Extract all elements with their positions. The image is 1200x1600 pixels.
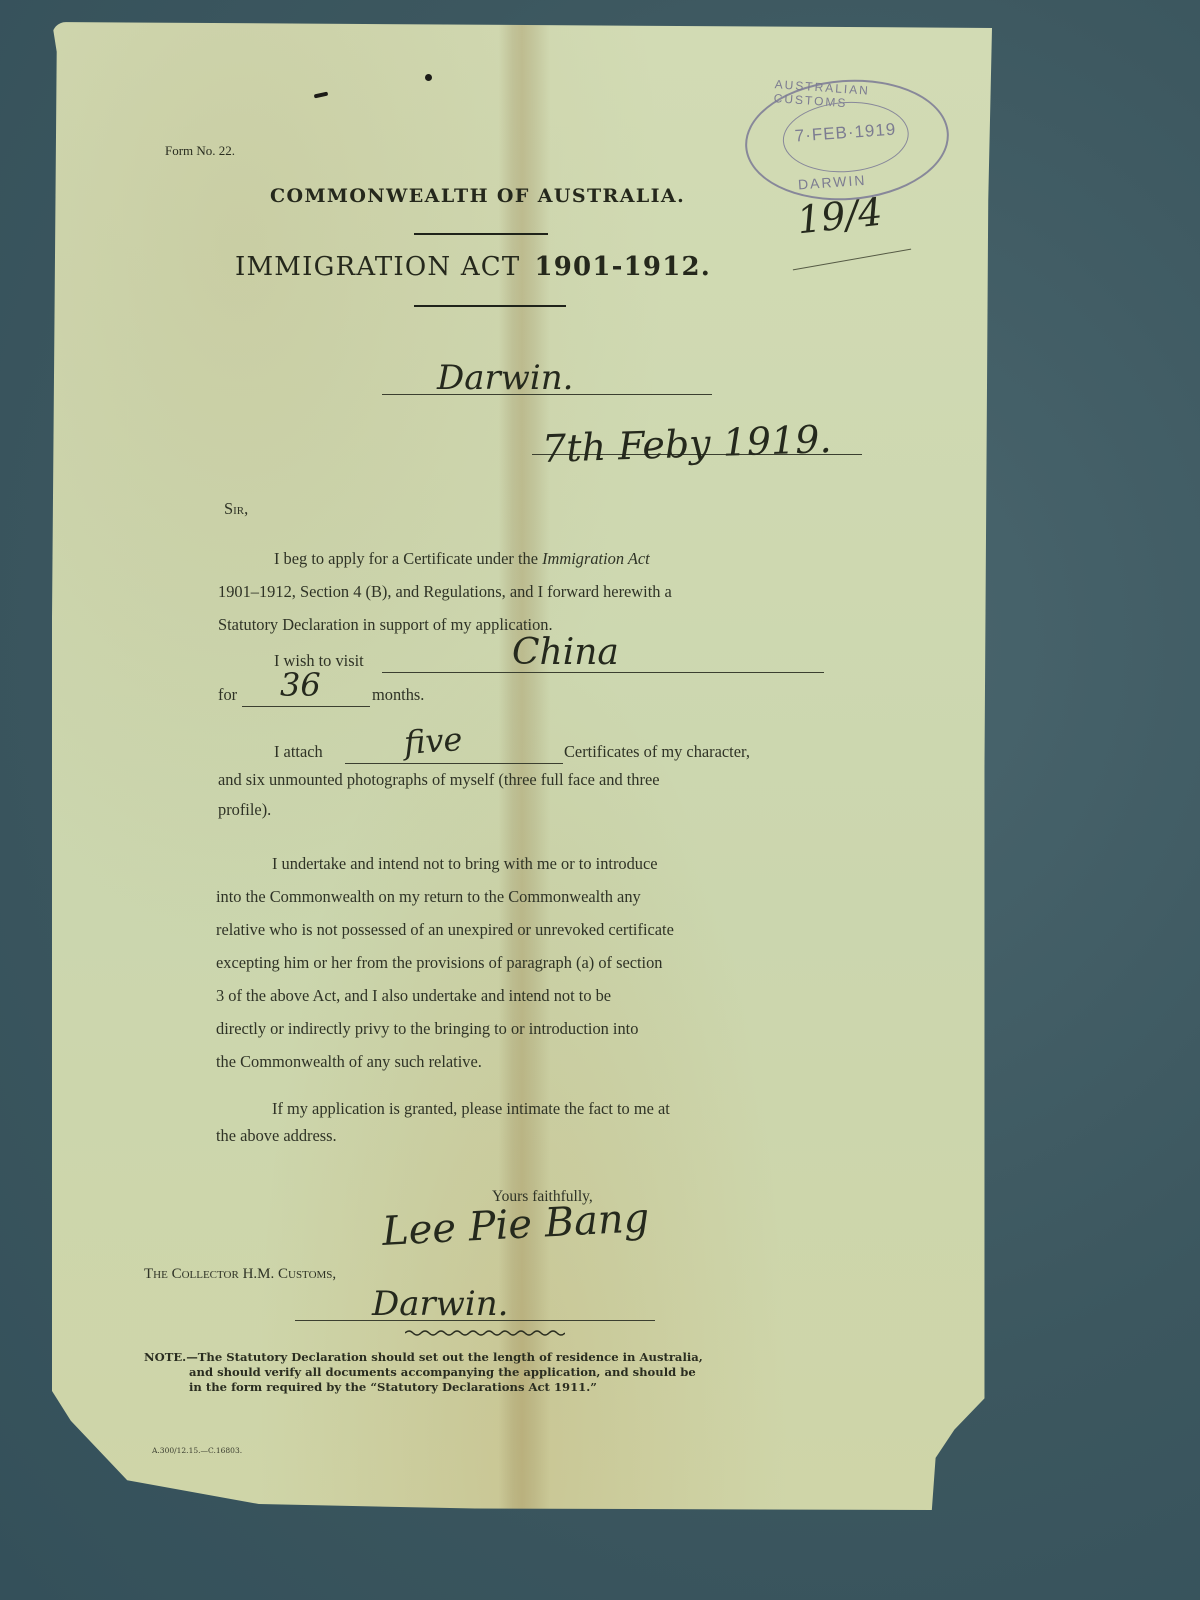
footnote: NOTE.—The Statutory Declaration should s… [144,1350,824,1395]
visit-destination: China [512,632,619,673]
attach-line-2: and six unmounted photographs of myself … [218,763,660,796]
undertaking-line: the Commonwealth of any such relative. [216,1045,826,1078]
months-label: months. [372,678,424,711]
paragraph-1-line-2: 1901–1912, Section 4 (B), and Regulation… [218,575,828,608]
stamp-bottom-text: DARWIN [797,172,866,193]
stamp-date: 7·FEB·1919 [783,119,908,148]
ink-spot [425,74,432,81]
footnote-line: NOTE.—The Statutory Declaration should s… [144,1350,824,1365]
undertaking-line: into the Commonwealth on my return to th… [216,880,826,913]
undertaking-line: I undertake and intend not to bring with… [216,847,826,880]
ink-mark [314,92,329,99]
wavy-divider [405,1328,565,1338]
customs-date-stamp: AUSTRALIAN CUSTOMS 7·FEB·1919 DARWIN [741,73,953,207]
addressee: The Collector H.M. Customs, [144,1258,336,1291]
form-number: Form No. 22. [165,143,235,159]
title-text: IMMIGRATION ACT [235,252,520,282]
undertaking-paragraph: I undertake and intend not to bring with… [216,847,826,1078]
salutation: Sir, [224,492,248,525]
undertaking-line: excepting him or her from the provisions… [216,946,826,979]
title-years: 1901-1912. [534,252,711,282]
act-name: Immigration Act [542,549,650,568]
handwritten-date: 7th Feby 1919. [541,417,832,471]
for-label: for [218,678,237,711]
document-page: Form No. 22. COMMONWEALTH OF AUSTRALIA. … [52,22,992,1510]
application-paragraph: I beg to apply for a Certificate under t… [218,542,828,641]
signature: Lee Pie Bang [381,1195,650,1255]
reference-underline [793,249,911,271]
print-code: A.300/12.15.—C.16803. [152,1446,242,1455]
page-title: IMMIGRATION ACT1901-1912. [235,252,711,282]
undertaking-line: directly or indirectly privy to the brin… [216,1012,826,1045]
granted-paragraph: If my application is granted, please int… [216,1092,826,1152]
undertaking-line: relative who is not possessed of an unex… [216,913,826,946]
handwritten-place: Darwin. [437,358,573,398]
header-commonwealth: COMMONWEALTH OF AUSTRALIA. [270,185,685,207]
undertaking-line: 3 of the above Act, and I also undertake… [216,979,826,1012]
footnote-line: and should verify all documents accompan… [144,1365,824,1380]
divider [414,305,566,307]
attach-line-3: profile). [218,793,271,826]
footnote-line: in the form required by the “Statutory D… [144,1380,824,1395]
addressee-place: Darwin. [372,1284,508,1324]
months-field-line[interactable] [242,706,370,707]
months-value: 36 [280,666,321,704]
paragraph-1-text: I beg to apply for a Certificate under t… [274,549,538,568]
divider [414,233,548,235]
attach-count: five [403,720,464,762]
handwritten-reference: 19/4 [795,190,884,243]
